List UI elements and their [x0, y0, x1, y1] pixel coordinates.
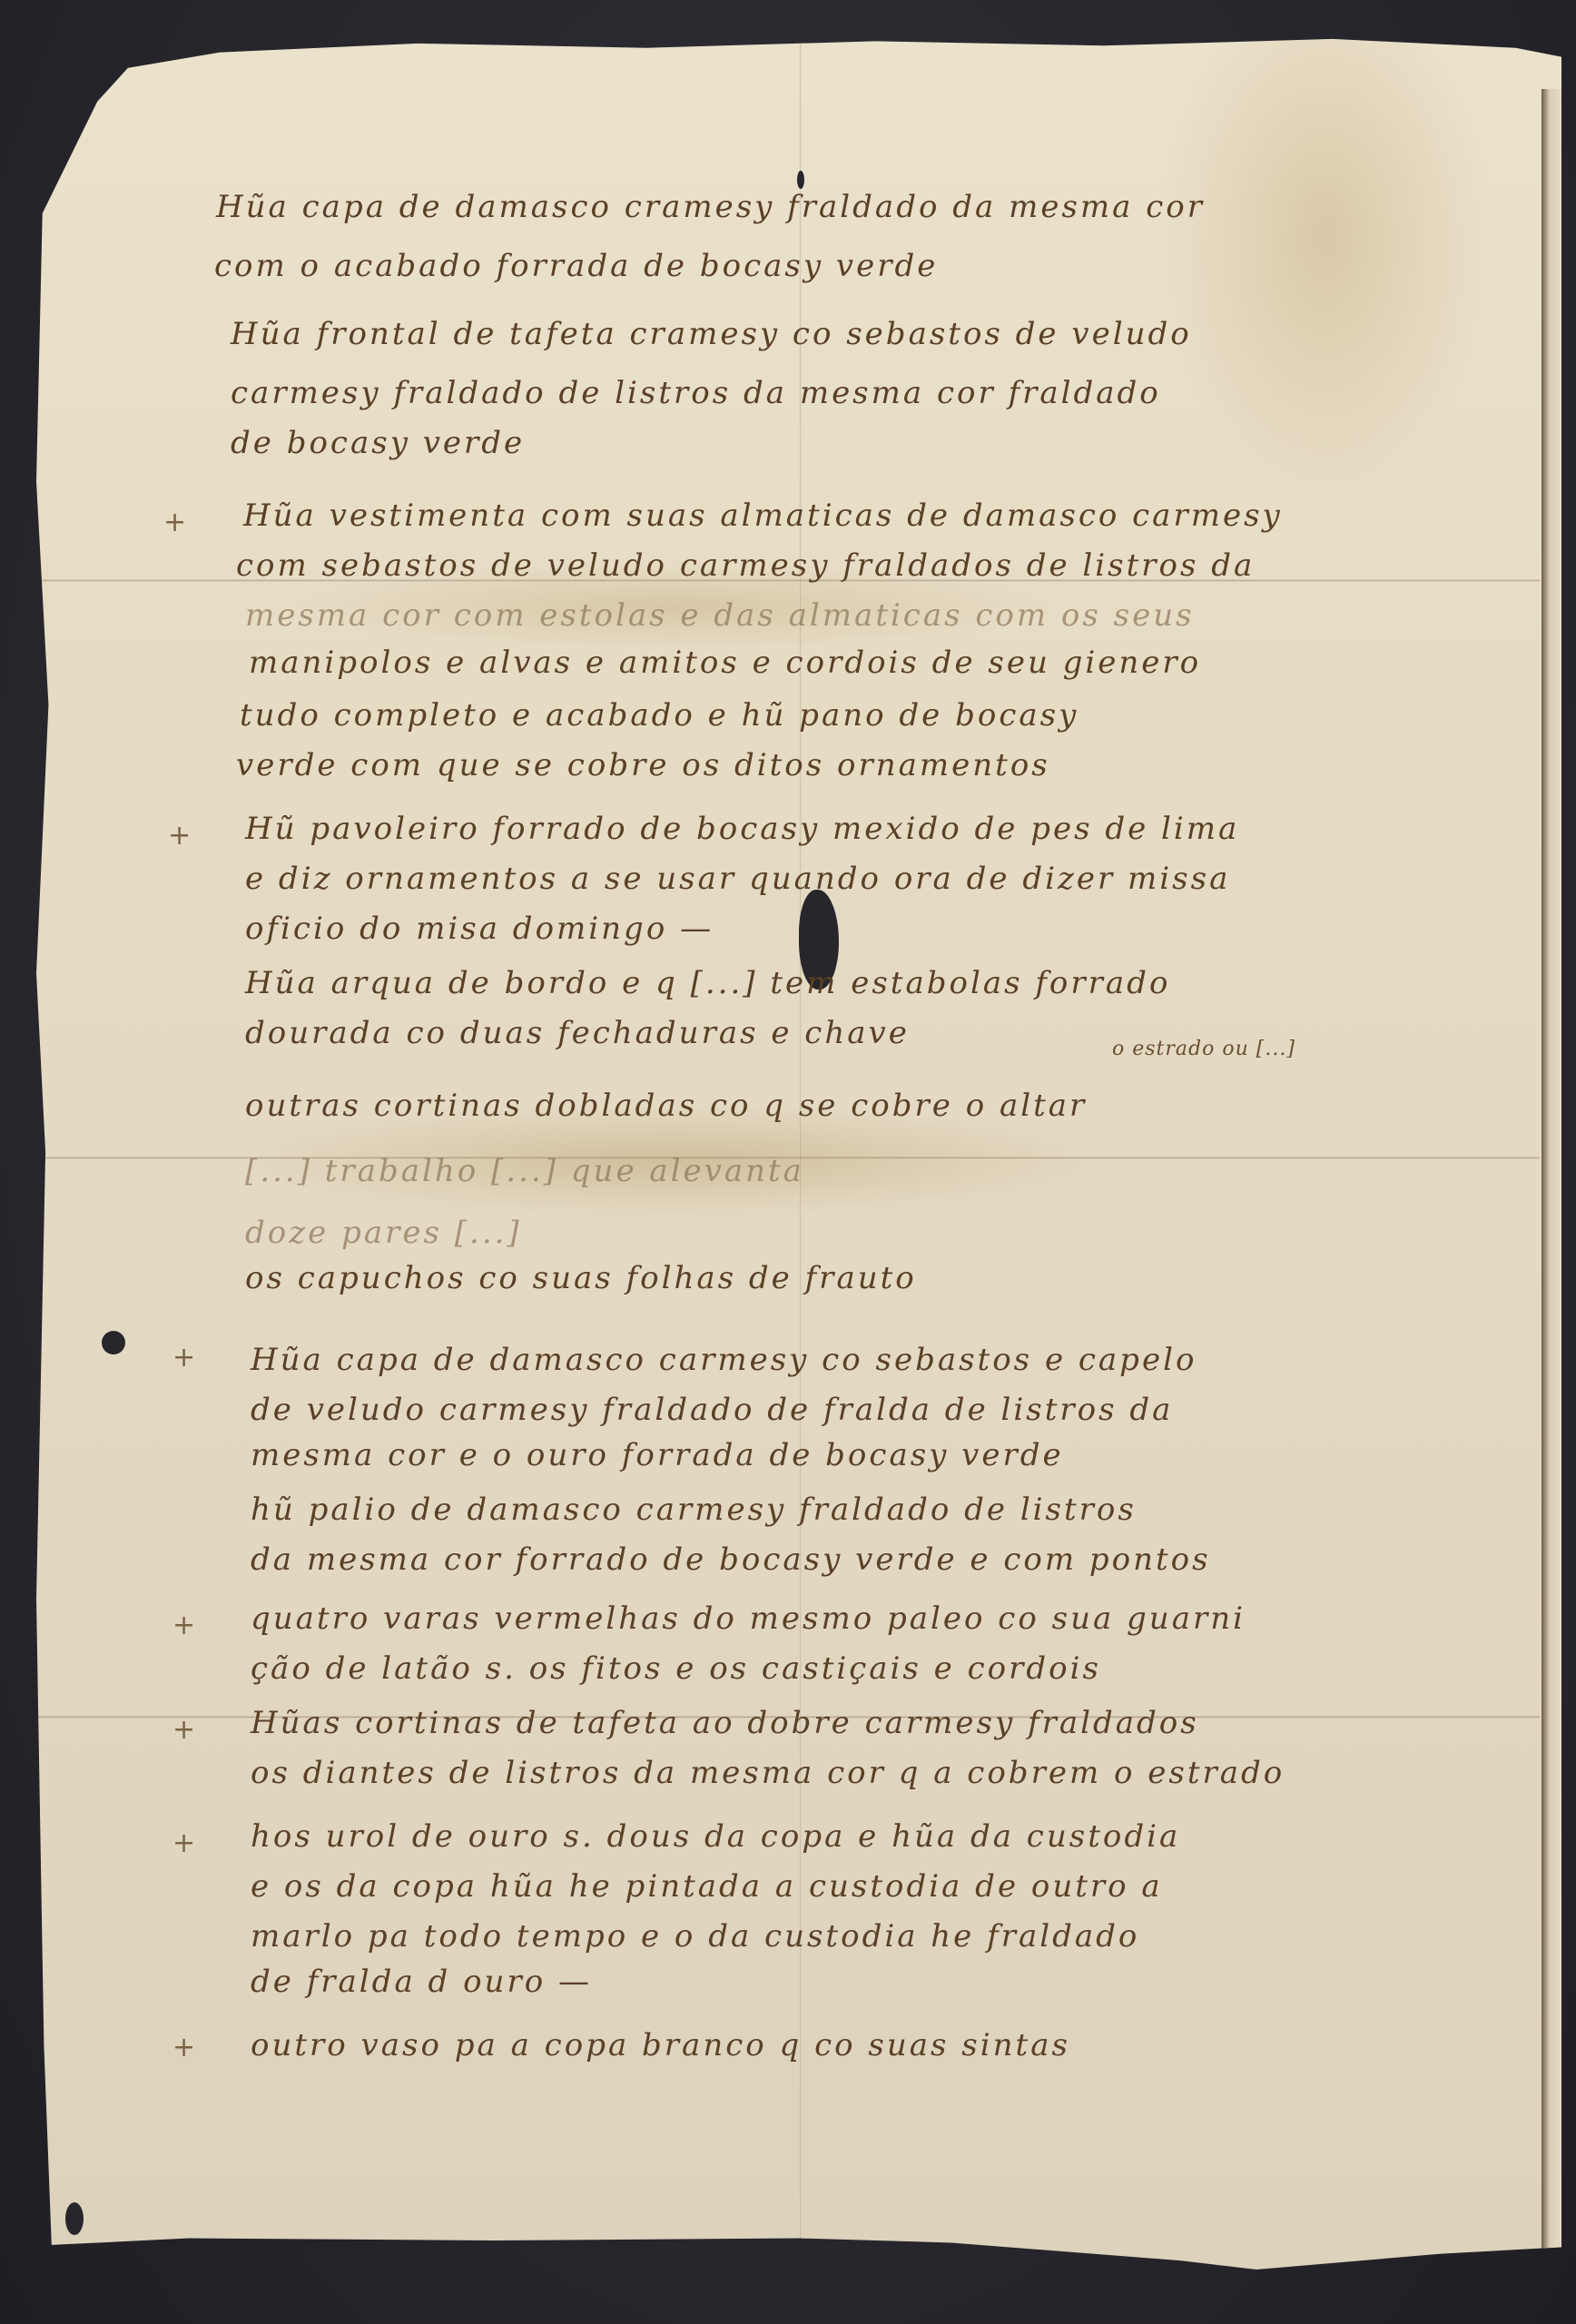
text-line: outras cortinas dobladas co q se cobre o…: [245, 1088, 1087, 1124]
text-line: da mesma cor forrado de bocasy verde e c…: [251, 1541, 1211, 1578]
text-line: hũ palio de damasco carmesy fraldado de …: [251, 1492, 1137, 1528]
text-line: Hũas cortinas de tafeta ao dobre carmesy…: [251, 1705, 1199, 1741]
text-line: mesma cor e o ouro forrada de bocasy ver…: [251, 1437, 1064, 1473]
margin-cross-mark: +: [163, 507, 186, 538]
margin-cross-mark: +: [172, 2032, 195, 2063]
text-line: com sebastos de veludo carmesy fraldados…: [236, 547, 1255, 584]
margin-cross-mark: +: [172, 1342, 195, 1374]
text-line: mesma cor com estolas e das almaticas co…: [245, 597, 1195, 634]
text-line: com o acabado forrada de bocasy verde: [214, 248, 938, 284]
text-line: Hũa capa de damasco carmesy co sebastos …: [251, 1342, 1197, 1378]
text-line: marlo pa todo tempo e o da custodia he f…: [251, 1918, 1139, 1955]
text-line: de bocasy verde: [231, 425, 525, 461]
text-line: doze pares [...]: [245, 1215, 522, 1251]
text-line: oficio do misa domingo —: [245, 911, 714, 947]
text-line: e diz ornamentos a se usar quando ora de…: [245, 861, 1230, 897]
text-line: dourada co duas fechaduras e chave: [245, 1015, 910, 1051]
margin-cross-mark: +: [172, 1827, 195, 1859]
text-line: tudo completo e acabado e hũ pano de boc…: [240, 697, 1079, 734]
text-line: os diantes de listros da mesma cor q a c…: [251, 1755, 1285, 1791]
text-line: [...] trabalho [...] que alevanta: [245, 1153, 804, 1189]
text-line: hos urol de ouro s. dous da copa e hũa d…: [251, 1818, 1180, 1855]
text-line: Hũa capa de damasco cramesy fraldado da …: [216, 189, 1205, 225]
text-line: Hũa frontal de tafeta cramesy co sebasto…: [231, 316, 1192, 352]
manuscript-text: Hũa capa de damasco cramesy fraldado da …: [36, 34, 1561, 2270]
text-line: de veludo carmesy fraldado de fralda de …: [251, 1392, 1173, 1428]
text-line: carmesy fraldado de listros da mesma cor…: [231, 375, 1161, 411]
text-line: Hũa arqua de bordo e q [...] tem estabol…: [245, 965, 1170, 1001]
text-line: e os da copa hũa he pintada a custodia d…: [251, 1868, 1163, 1905]
text-line: de fralda d ouro —: [251, 1964, 592, 2000]
margin-cross-mark: +: [172, 1714, 195, 1746]
text-line: Hũa vestimenta com suas almaticas de dam…: [243, 497, 1283, 534]
text-line: os capuchos co suas folhas de frauto: [245, 1260, 917, 1296]
manuscript-sheet: Hũa capa de damasco cramesy fraldado da …: [36, 34, 1561, 2270]
text-line: outro vaso pa a copa branco q co suas si…: [251, 2027, 1070, 2063]
text-line: ção de latão s. os fitos e os castiçais …: [251, 1650, 1101, 1687]
interlinear-note: o estrado ou [...]: [1112, 1038, 1295, 1060]
text-line: manipolos e alvas e amitos e cordois de …: [249, 645, 1201, 681]
text-line: Hũ pavoleiro forrado de bocasy mexido de…: [245, 811, 1239, 847]
margin-cross-mark: +: [172, 1610, 195, 1641]
text-line: verde com que se cobre os ditos ornament…: [236, 747, 1050, 783]
text-line: quatro varas vermelhas do mesmo paleo co…: [251, 1600, 1246, 1637]
margin-cross-mark: +: [168, 820, 191, 852]
